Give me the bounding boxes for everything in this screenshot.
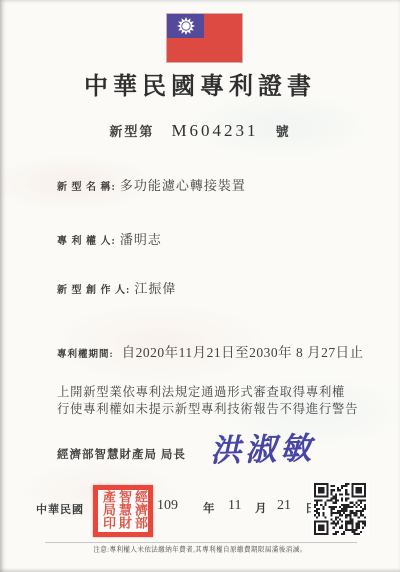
qr-code (311, 483, 369, 535)
director-signature: 洪淑敏 (209, 423, 315, 471)
certificate-number-line: 新型第 M604231 號 (0, 121, 400, 141)
legal-notice-line1: 上開新型業依專利法規定通過形式審查取得專利權 (57, 384, 358, 401)
white-sun-icon (176, 16, 196, 36)
date-year-unit: 年 (203, 500, 215, 516)
date-year: 109 (157, 498, 178, 514)
official-seal: 經濟部智慧財產局印 (93, 485, 153, 537)
date-day: 21 (277, 498, 291, 514)
patentee-value: 潘明志 (120, 229, 162, 248)
field-patent-term: 專利權期間: 自2020年11月21日至2030年 8 月27日止 (57, 341, 364, 361)
patentee-label: 專 利 權 人: (57, 232, 116, 247)
cert-no-value: M604231 (171, 121, 258, 141)
model-name-value: 多功能濾心轉接裝置 (120, 175, 246, 194)
patent-term-value: 自2020年11月21日至2030年 8 月27日止 (122, 341, 364, 361)
issuer-title: 經濟部智慧財產局 局長 (57, 446, 186, 462)
creator-label: 新 型 創 作 人: (57, 281, 130, 296)
field-creator: 新 型 創 作 人: 江振偉 (57, 278, 176, 297)
cert-no-prefix: 新型第 (109, 121, 154, 140)
patent-term-label: 專利權期間: (57, 346, 114, 360)
field-patentee: 專 利 權 人: 潘明志 (57, 229, 162, 248)
flag-canton (167, 14, 204, 38)
date-era: 中華民國 (36, 501, 84, 517)
official-seal-text: 經濟部智慧財產局印 (98, 490, 148, 532)
certificate-title: 中華民國專利證書 (0, 66, 400, 101)
date-month-unit: 月 (255, 500, 267, 516)
patent-certificate-page: 中華民國專利證書 新型第 M604231 號 新 型 名 稱: 多功能濾心轉接裝… (0, 0, 400, 572)
legal-notice-line2: 行使專利權如未提示新型專利技術報告不得進行警告 (57, 401, 358, 418)
date-month: 11 (228, 498, 241, 514)
footnote: 注意:專利權人未依法繳納年費者,其專利權自原繳費期限屆滿後消滅。 (36, 545, 364, 554)
footer-divider (45, 542, 357, 543)
roc-flag-icon (167, 14, 242, 62)
legal-notice: 上開新型業依專利法規定通過形式審查取得專利權 行使專利權如未提示新型專利技術報告… (57, 384, 358, 417)
cert-no-suffix: 號 (276, 121, 291, 140)
field-model-name: 新 型 名 稱: 多功能濾心轉接裝置 (57, 175, 246, 194)
creator-value: 江振偉 (134, 278, 176, 297)
model-name-label: 新 型 名 稱: (57, 178, 116, 193)
